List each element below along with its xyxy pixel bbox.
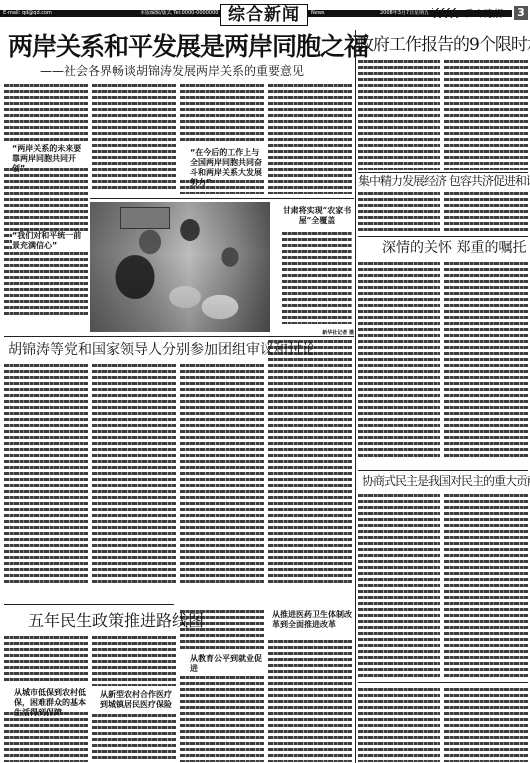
focus-body-col1 <box>358 192 440 232</box>
care-top-rule <box>358 236 528 237</box>
section-title: 综合新闻 <box>220 4 308 26</box>
lead-body-col2 <box>92 84 176 192</box>
gov-report-body-col2 <box>444 60 528 170</box>
hu-body-col2 <box>92 364 176 586</box>
livelihood-body-col3b <box>180 676 264 762</box>
photo-caption-title: 甘肃将实现“农家书屋”全覆盖 <box>280 205 354 225</box>
bottom-right-rule <box>358 682 528 683</box>
livelihood-body-col1b <box>4 712 88 762</box>
masthead-date: 2008年3月7日 <box>380 10 414 17</box>
page-number-badge: 3 <box>514 6 528 20</box>
livelihood-subhead-2: 从新型农村合作医疗到城镇居民医疗保险 <box>100 690 176 710</box>
newspaper-brand-logo: 千山晚报 <box>462 5 502 20</box>
lead-body-col3 <box>180 84 264 144</box>
right-column-divider <box>355 30 356 763</box>
news-photo-family-reading <box>90 202 270 332</box>
masthead-news-label: News <box>311 10 325 17</box>
gov-report-body-col1 <box>358 60 440 170</box>
care-headline: 深情的关怀 郑重的嘱托 <box>382 238 526 258</box>
cppcc-top-rule <box>358 470 528 471</box>
care-body-col1 <box>358 262 440 458</box>
masthead-weekday: 星期五 <box>414 10 429 17</box>
photo-top-rule <box>90 198 354 199</box>
photo-wall-sign <box>120 207 170 229</box>
livelihood-body-col3 <box>180 610 264 650</box>
livelihood-body-col2 <box>92 636 176 686</box>
lead-subhead-2: “我们对和平统一前景充满信心” <box>12 231 88 251</box>
cppcc-headline: 协商式民主是我国对民主的重大贡献 <box>362 472 530 490</box>
photo-caption-author: 新华社记者 摄 <box>290 329 354 336</box>
gov-report-headline: 政府工作报告的9个限时承诺 <box>357 33 529 57</box>
livelihood-body-col4 <box>268 640 352 762</box>
cppcc-body-col2 <box>444 494 528 678</box>
lead-body-col4 <box>268 84 352 194</box>
bottom-right-body-col2 <box>444 688 528 762</box>
lead-body-col3b <box>180 180 264 194</box>
livelihood-subhead-3: 从教育公平到就业促进 <box>190 654 264 674</box>
focus-economy-headline: 集中精力发展经济 包容共济促进和谐 <box>358 173 530 189</box>
masthead-email: E-mail: qd@qd.com <box>3 10 52 17</box>
masthead-stripes-decoration <box>432 8 458 18</box>
livelihood-headline: 五年民生政策推进路线图 <box>28 610 204 632</box>
livelihood-subhead-4: 从推进医药卫生体制改革到全面推进改革 <box>272 610 352 630</box>
bottom-right-body-col1 <box>358 688 440 762</box>
focus-body-col2 <box>444 192 528 232</box>
lead-headline: 两岸关系和平发展是两岸同胞之福 <box>8 32 353 62</box>
page-masthead: E-mail: qd@qd.com 本版编辑/版式 Tel:0000-00000… <box>0 4 530 26</box>
livelihood-body-col1 <box>4 636 88 682</box>
livelihood-body-col2b <box>92 714 176 762</box>
livelihood-top-rule <box>4 604 174 605</box>
masthead-phone: 本版编辑/版式 Tel:0000-0000000 <box>140 10 218 17</box>
care-body-col2 <box>444 262 528 458</box>
lead-subheadline: ——社会各界畅谈胡锦涛发展两岸关系的重要意见 <box>40 63 340 79</box>
hu-body-col1 <box>4 364 88 586</box>
hu-body-col3 <box>180 364 264 586</box>
cppcc-body-col1 <box>358 494 440 678</box>
hu-body-col4 <box>268 340 352 586</box>
photo-caption-body <box>282 232 352 324</box>
lead-body-col1 <box>4 84 88 142</box>
lead-bottom-rule <box>4 336 354 337</box>
